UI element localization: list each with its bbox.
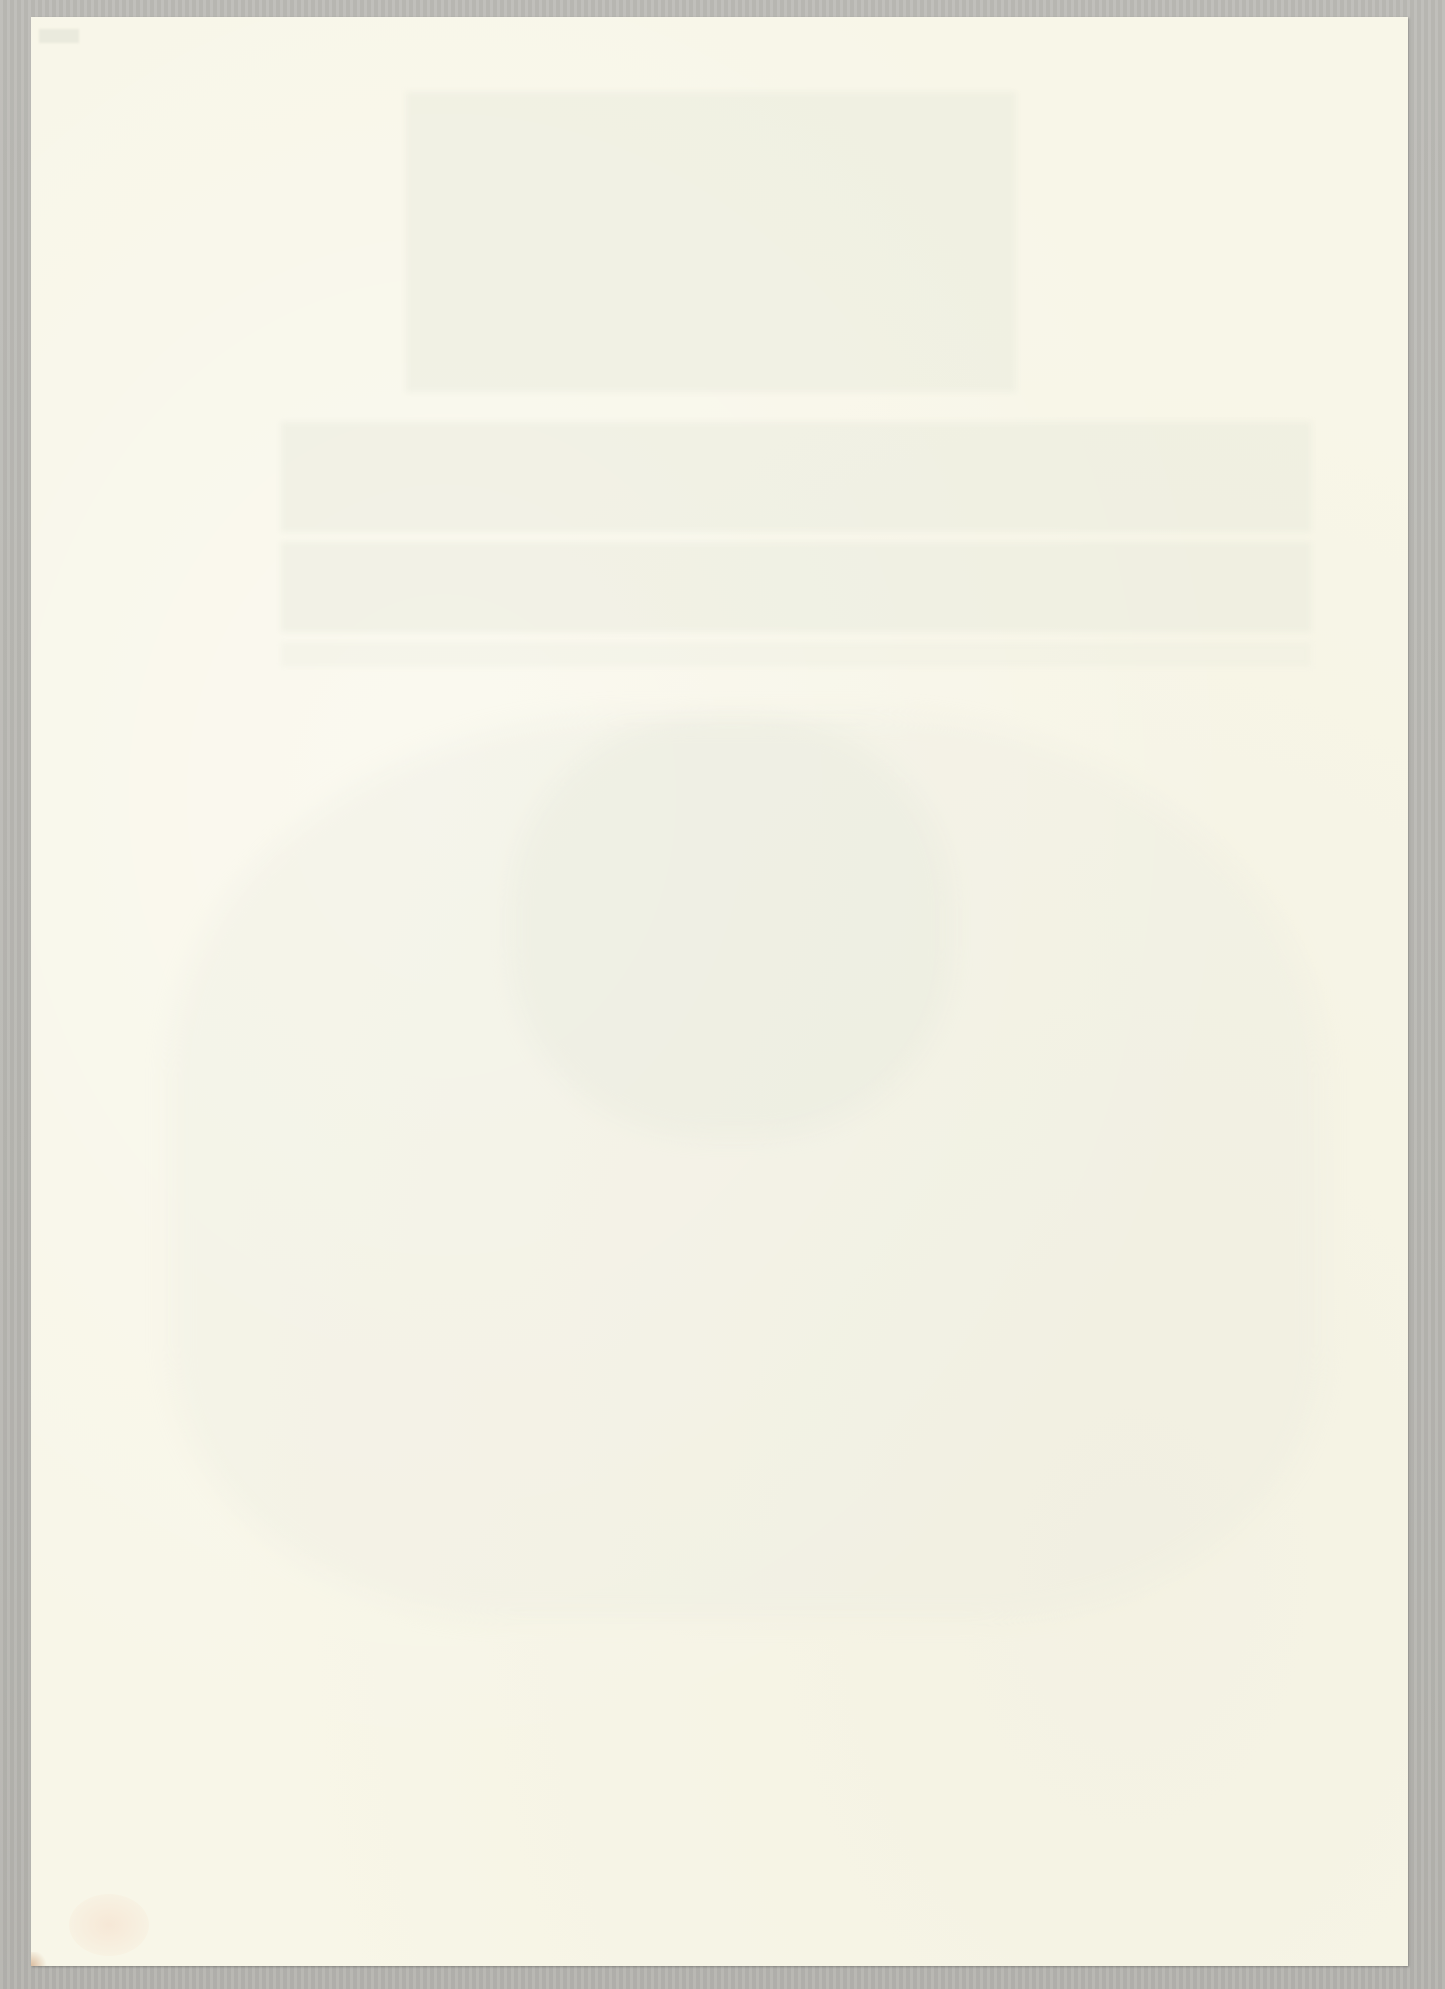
show-through-headline xyxy=(281,422,1311,532)
show-through-title xyxy=(406,92,1016,392)
show-through-subheadline xyxy=(281,542,1311,632)
show-through-caption xyxy=(281,642,1311,667)
paper-stain xyxy=(69,1894,149,1956)
paper-sheet xyxy=(31,17,1408,1966)
show-through-portrait xyxy=(511,717,951,1137)
faint-corner-mark xyxy=(39,29,79,43)
corner-wear xyxy=(31,1952,49,1966)
